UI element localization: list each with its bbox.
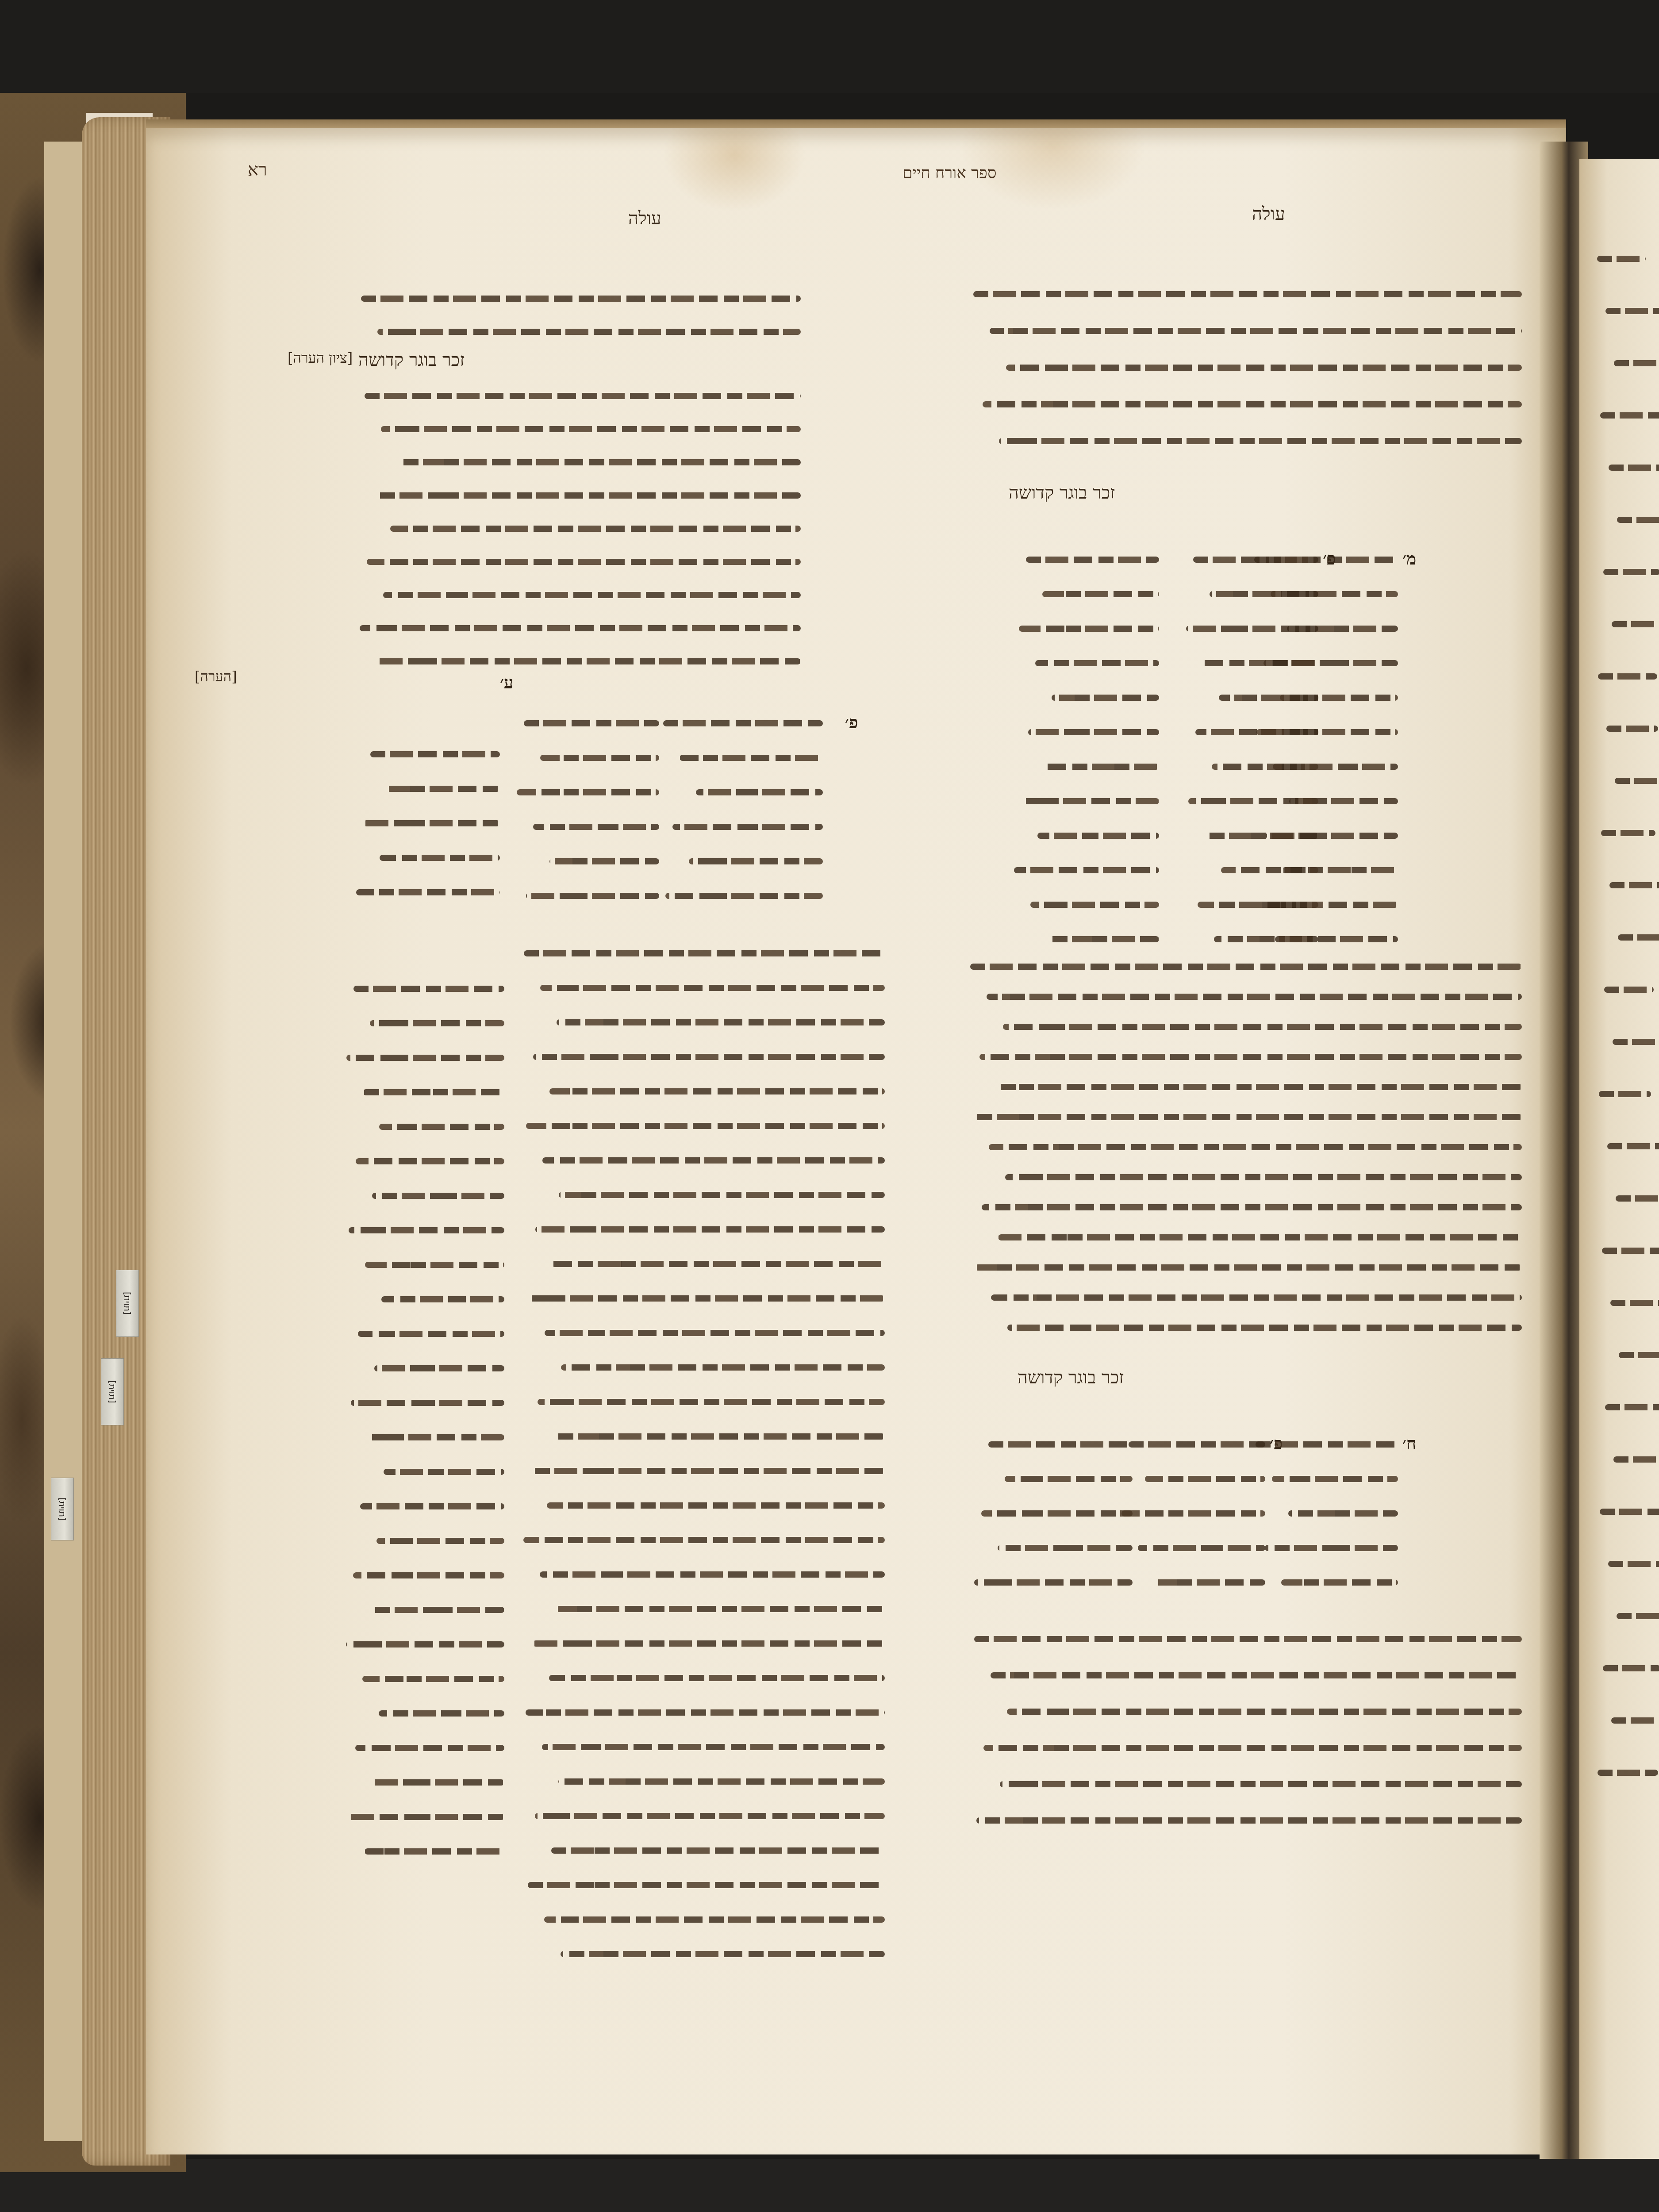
handwritten-line [361,288,801,307]
adjacent-page-line-fragment [1608,1561,1659,1567]
handwritten-line [998,1537,1133,1556]
handwritten-line [1028,721,1159,741]
handwritten-line [379,1702,504,1722]
adjacent-page-line-fragment [1615,778,1659,784]
handwritten-line [561,1356,885,1376]
handwritten-line [356,1150,504,1170]
adjacent-page-line-fragment [1617,517,1659,523]
handwritten-line [381,1288,504,1308]
handwritten-line [528,1287,885,1307]
margin-note: [הערה] [195,668,237,685]
handwritten-line [1188,790,1318,810]
handwritten-line [372,1185,504,1204]
handwritten-line [974,1628,1522,1647]
handwritten-line [1219,687,1318,706]
handwritten-line [1265,1537,1398,1556]
handwritten-line [982,1196,1522,1216]
handwritten-line [526,1701,885,1721]
handwritten-line [549,1667,885,1686]
handwritten-line [379,1116,504,1135]
handwritten-line [1007,1701,1522,1720]
handwritten-line [358,1323,504,1342]
handwritten-line [360,1495,504,1515]
handwritten-line [374,484,801,504]
adjacent-page-line-fragment [1609,882,1659,888]
handwritten-line [540,977,885,996]
handwritten-line [972,1106,1522,1125]
handwritten-line [369,1599,504,1618]
folio-mark: רא [248,159,267,180]
handwritten-line [1005,1166,1522,1186]
handwritten-line [380,847,500,866]
handwritten-line [1202,652,1318,672]
handwritten-line [557,1011,885,1031]
adjacent-page-line-fragment [1600,412,1659,419]
handwritten-line [528,1874,885,1893]
handwritten-line [363,812,500,832]
handwritten-line [346,1633,504,1653]
mishnah-marker: ח׳ [1402,1433,1416,1454]
handwritten-line [1198,894,1318,913]
handwritten-line [348,1806,504,1825]
handwritten-line [1019,618,1159,637]
column-header-left: עולה [628,208,661,229]
adjacent-page-line-fragment [1598,673,1657,680]
handwritten-line [1045,756,1159,775]
handwritten-line [1129,1433,1265,1453]
handwritten-line [1021,790,1159,810]
mishnah-marker: מ׳ [1402,549,1416,569]
handwritten-line [556,1598,885,1617]
handwritten-line [983,393,1522,413]
handwritten-line [533,816,659,835]
handwritten-line [983,1737,1522,1756]
handwritten-line [991,1286,1522,1306]
handwritten-line [558,1770,885,1790]
handwritten-line [526,885,659,904]
handwritten-line [1037,825,1159,844]
handwritten-line [559,1184,885,1203]
handwritten-line [1007,1317,1522,1336]
handwritten-line [367,1426,504,1446]
handwritten-line [538,1391,885,1410]
adjacent-page-line-fragment [1598,1770,1658,1776]
handwritten-line [1000,1773,1522,1793]
adjacent-page-line-fragment [1617,1613,1659,1619]
handwritten-line [549,1080,885,1100]
handwritten-line [1221,859,1318,879]
adjacent-page-line-fragment [1605,308,1659,314]
handwritten-line [1195,721,1318,741]
handwritten-line [370,743,500,763]
handwritten-line [1272,1468,1398,1487]
section-heading: זכר בוגר קדושה [1018,1367,1124,1388]
handwritten-line [1014,859,1159,879]
handwritten-line [998,1226,1522,1246]
handwritten-line [988,1433,1133,1453]
adjacent-page-line-fragment [1601,830,1655,836]
handwritten-line [1052,687,1159,706]
adjacent-page-line-fragment [1612,621,1659,627]
handwritten-line [365,1840,504,1860]
handwritten-line [1214,928,1318,948]
handwritten-line [356,881,500,901]
handwritten-line [526,1115,885,1134]
adjacent-page [1579,159,1659,2159]
handwritten-line [1193,549,1318,568]
adjacent-page-line-fragment [1603,569,1659,575]
handwritten-line [1281,1571,1398,1591]
handwritten-line [353,1564,504,1584]
handwritten-line [680,747,823,766]
handwritten-line [370,1012,504,1032]
handwritten-line [1005,1468,1133,1487]
handwritten-line [696,781,823,801]
handwritten-line [999,430,1522,449]
handwritten-line [974,1571,1133,1591]
handwritten-line [360,617,801,637]
handwritten-line [1256,1433,1398,1453]
handwritten-line [1288,1502,1398,1522]
handwritten-line [397,451,801,471]
adjacent-page-line-fragment [1597,256,1646,262]
handwritten-line [989,1136,1522,1156]
handwritten-line [1121,1502,1265,1522]
handwritten-line [377,321,801,340]
handwritten-line [970,956,1522,975]
handwritten-line [374,1357,504,1377]
adjacent-page-line-fragment [1604,987,1654,993]
handwritten-line [663,712,823,732]
handwritten-line [372,1771,504,1791]
handwritten-line [1138,1537,1265,1556]
handwritten-line [346,1047,504,1066]
handwritten-line [1003,1016,1522,1035]
handwritten-line [1145,1468,1265,1487]
handwritten-line [990,320,1522,339]
handwritten-line [383,584,801,603]
handwritten-line [551,1839,885,1859]
handwritten-line [542,1149,885,1169]
handwritten-line [1026,549,1159,568]
handwritten-line [1047,928,1159,948]
handwritten-line [665,885,823,904]
section-heading: זכר בוגר קדושה [358,349,465,370]
handwritten-line [547,1494,885,1514]
handwritten-line [1210,583,1318,603]
handwritten-line [996,1076,1522,1095]
handwritten-line [351,1392,504,1411]
handwritten-line [981,1502,1133,1522]
handwritten-line [530,1460,885,1479]
handwritten-line [533,1046,885,1065]
adjacent-page-line-fragment [1606,726,1658,732]
handwritten-line [1030,894,1159,913]
handwritten-line [689,850,823,870]
handwritten-line [533,1632,885,1652]
adjacent-page-line-fragment [1602,1248,1659,1254]
running-title: ספר אורח חיים [902,164,996,182]
handwritten-line [1154,1571,1265,1591]
handwritten-line [390,518,801,537]
adjacent-page-line-fragment [1613,1039,1659,1045]
handwritten-line [535,1805,885,1824]
handwritten-line [365,385,801,404]
adjacent-page-line-fragment [1600,1509,1659,1515]
handwritten-line [987,986,1522,1005]
adjacent-page-line-fragment [1616,1195,1659,1202]
edge-tab: [תוית] [101,1358,124,1425]
handwritten-line [367,551,801,570]
edge-tab: [תוית] [51,1478,74,1540]
handwritten-line [362,1668,504,1687]
handwritten-line [376,1530,504,1549]
handwritten-line [975,1256,1522,1276]
adjacent-page-line-fragment [1614,360,1659,366]
adjacent-page-line-fragment [1613,1456,1659,1463]
adjacent-page-line-fragment [1605,1404,1659,1410]
handwritten-line [979,1046,1522,1065]
handwritten-line [542,1736,885,1755]
column-header-right: עולה [1252,204,1285,224]
handwritten-line [544,1909,885,1928]
handwritten-line [554,1425,885,1445]
handwritten-line [376,650,801,670]
handwritten-line [1042,583,1159,603]
section-heading: זכר בוגר קדושה [1009,482,1115,503]
handwritten-line [991,1664,1522,1684]
handwritten-line [365,1254,504,1273]
handwritten-line [535,1218,885,1238]
adjacent-page-line-fragment [1609,465,1659,471]
adjacent-page-line-fragment [1603,1665,1659,1671]
handwritten-line [545,1322,885,1341]
handwritten-line [1035,652,1159,672]
handwritten-line [1186,618,1318,637]
adjacent-page-line-fragment [1610,1300,1659,1306]
handwritten-line [561,1943,885,1962]
handwritten-line [355,1737,504,1756]
handwritten-line [384,1461,504,1480]
adjacent-page-line-fragment [1619,1352,1659,1358]
handwritten-line [552,1253,885,1272]
handwritten-line [524,712,659,732]
handwritten-line [1212,756,1318,775]
handwritten-line [540,747,659,766]
handwritten-line [387,778,500,797]
adjacent-page-line-fragment [1607,1143,1659,1149]
handwritten-line [976,1809,1522,1829]
handwritten-line [363,1081,504,1101]
handwritten-line [1006,357,1522,376]
handwritten-line [540,1563,885,1583]
handwritten-line [349,1219,504,1239]
adjacent-page-line-fragment [1611,1717,1659,1724]
handwritten-line [381,418,801,438]
handwritten-line [517,781,659,801]
handwritten-line [672,816,823,835]
handwritten-line [1205,825,1318,844]
adjacent-page-line-fragment [1599,1091,1651,1097]
handwritten-line [549,850,659,870]
subsection-marker: ע׳ [500,672,513,693]
cradle-background-bottom [0,2159,1659,2212]
handwritten-line [524,942,885,962]
commentary-marker: פ׳ [845,712,858,733]
edge-tab: [תוית] [116,1270,139,1337]
handwritten-line [973,283,1522,303]
cradle-background [0,0,1659,93]
adjacent-page-line-fragment [1618,934,1659,941]
margin-note: [ציון הערה] [288,349,353,366]
handwritten-line [353,978,504,997]
handwritten-line [523,1529,885,1548]
